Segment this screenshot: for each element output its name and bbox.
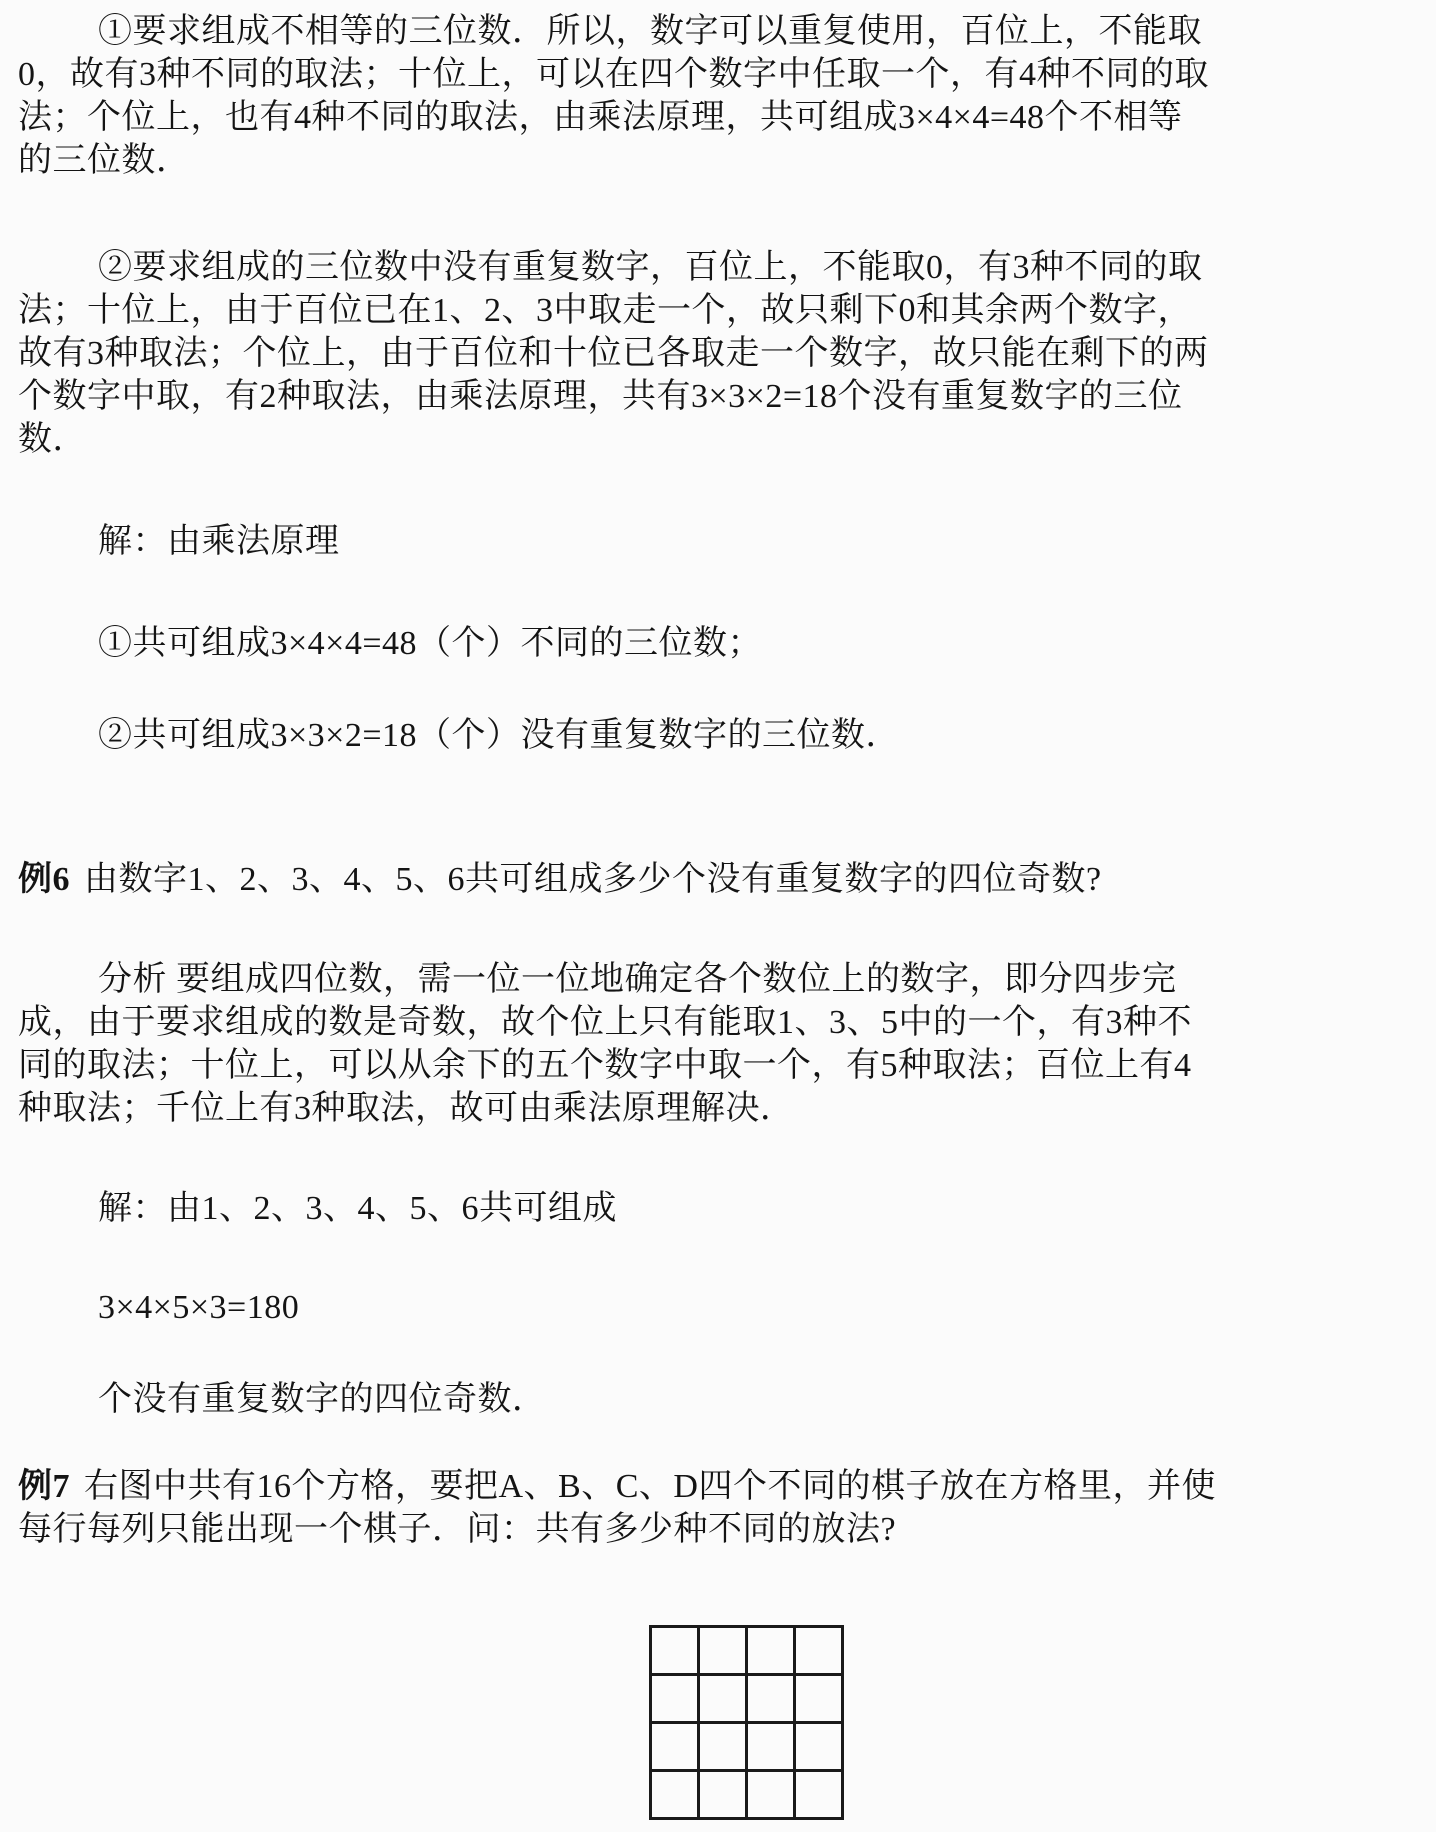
text-line: 每行每列只能出现一个棋子．问：共有多少种不同的放法? bbox=[18, 1508, 1428, 1551]
paragraph-answer-2: ②要求组成的三位数中没有重复数字，百位上，不能取0，有3种不同的取 法；十位上，… bbox=[18, 246, 1428, 461]
chess-grid bbox=[649, 1625, 844, 1820]
grid-cell bbox=[796, 1772, 841, 1817]
paragraph-answer-1: ①要求组成不相等的三位数．所以，数字可以重复使用，百位上，不能取 0，故有3种不… bbox=[18, 10, 1428, 182]
text-line: 0，故有3种不同的取法；十位上，可以在四个数字中任取一个，有4种不同的取 bbox=[18, 53, 1428, 96]
grid-cell bbox=[700, 1724, 745, 1769]
text-line: 的三位数． bbox=[18, 139, 1428, 182]
grid-cell bbox=[748, 1676, 793, 1721]
text-line: 例6由数字1、2、3、4、5、6共可组成多少个没有重复数字的四位奇数? bbox=[18, 858, 1428, 901]
grid-cell bbox=[748, 1772, 793, 1817]
text-line: 个没有重复数字的四位奇数． bbox=[18, 1378, 1428, 1421]
grid-cell bbox=[652, 1724, 697, 1769]
formula-line: 3×4×5×3=180 bbox=[18, 1286, 1428, 1329]
example-7-label: 例7 bbox=[18, 1468, 70, 1505]
example-7-text: 右图中共有16个方格，要把A、B、C、D四个不同的棋子放在方格里，并使 bbox=[84, 1468, 1216, 1505]
text-line: 解：由1、2、3、4、5、6共可组成 bbox=[18, 1187, 1428, 1230]
text-line: 数． bbox=[18, 418, 1428, 461]
solution-item-2: ②共可组成3×3×2=18（个）没有重复数字的三位数． bbox=[18, 714, 1428, 757]
example-6-problem: 例6由数字1、2、3、4、5、6共可组成多少个没有重复数字的四位奇数? bbox=[18, 858, 1428, 901]
grid-cell bbox=[700, 1628, 745, 1673]
grid-cell bbox=[700, 1676, 745, 1721]
grid-cell bbox=[796, 1628, 841, 1673]
text-line: ②共可组成3×3×2=18（个）没有重复数字的三位数． bbox=[18, 714, 1428, 757]
grid-cell bbox=[652, 1772, 697, 1817]
text-line: 法；十位上，由于百位已在1、2、3中取走一个，故只剩下0和其余两个数字， bbox=[18, 289, 1428, 332]
text-line: 成，由于要求组成的数是奇数，故个位上只有能取1、3、5中的一个，有3种不 bbox=[18, 1001, 1428, 1044]
worksheet-page: ①要求组成不相等的三位数．所以，数字可以重复使用，百位上，不能取 0，故有3种不… bbox=[0, 0, 1436, 1832]
grid-cell bbox=[796, 1724, 841, 1769]
text-line: ①共可组成3×4×4=48（个）不同的三位数； bbox=[18, 622, 1428, 665]
grid-cell bbox=[700, 1772, 745, 1817]
solution-6-tail: 个没有重复数字的四位奇数． bbox=[18, 1378, 1428, 1421]
text-line: 同的取法；十位上，可以从余下的五个数字中取一个，有5种取法；百位上有4 bbox=[18, 1044, 1428, 1087]
solution-item-1: ①共可组成3×4×4=48（个）不同的三位数； bbox=[18, 622, 1428, 665]
grid-cell bbox=[652, 1628, 697, 1673]
text-line: ①要求组成不相等的三位数．所以，数字可以重复使用，百位上，不能取 bbox=[18, 10, 1428, 53]
solution-header: 解：由乘法原理 bbox=[18, 520, 1428, 563]
solution-6-formula: 3×4×5×3=180 bbox=[18, 1286, 1428, 1329]
solution-6-intro: 解：由1、2、3、4、5、6共可组成 bbox=[18, 1187, 1428, 1230]
text-line: 法；个位上，也有4种不同的取法，由乘法原理，共可组成3×4×4=48个不相等 bbox=[18, 96, 1428, 139]
text-line: 分析 要组成四位数，需一位一位地确定各个数位上的数字，即分四步完 bbox=[18, 958, 1428, 1001]
grid-cell bbox=[652, 1676, 697, 1721]
paragraph-analysis-6: 分析 要组成四位数，需一位一位地确定各个数位上的数字，即分四步完 成，由于要求组… bbox=[18, 958, 1428, 1130]
grid-cell bbox=[796, 1676, 841, 1721]
example-7-problem: 例7右图中共有16个方格，要把A、B、C、D四个不同的棋子放在方格里，并使 每行… bbox=[18, 1465, 1428, 1551]
text-line: 解：由乘法原理 bbox=[18, 520, 1428, 563]
text-line: 种取法；千位上有3种取法，故可由乘法原理解决． bbox=[18, 1087, 1428, 1130]
grid-cell bbox=[748, 1628, 793, 1673]
example-6-label: 例6 bbox=[18, 861, 70, 898]
example-6-text: 由数字1、2、3、4、5、6共可组成多少个没有重复数字的四位奇数? bbox=[84, 861, 1102, 898]
text-line: 故有3种取法；个位上，由于百位和十位已各取走一个数字，故只能在剩下的两 bbox=[18, 332, 1428, 375]
text-line: 个数字中取，有2种取法，由乘法原理，共有3×3×2=18个没有重复数字的三位 bbox=[18, 375, 1428, 418]
text-line: 例7右图中共有16个方格，要把A、B、C、D四个不同的棋子放在方格里，并使 bbox=[18, 1465, 1428, 1508]
grid-cell bbox=[748, 1724, 793, 1769]
text-line: ②要求组成的三位数中没有重复数字，百位上，不能取0，有3种不同的取 bbox=[18, 246, 1428, 289]
